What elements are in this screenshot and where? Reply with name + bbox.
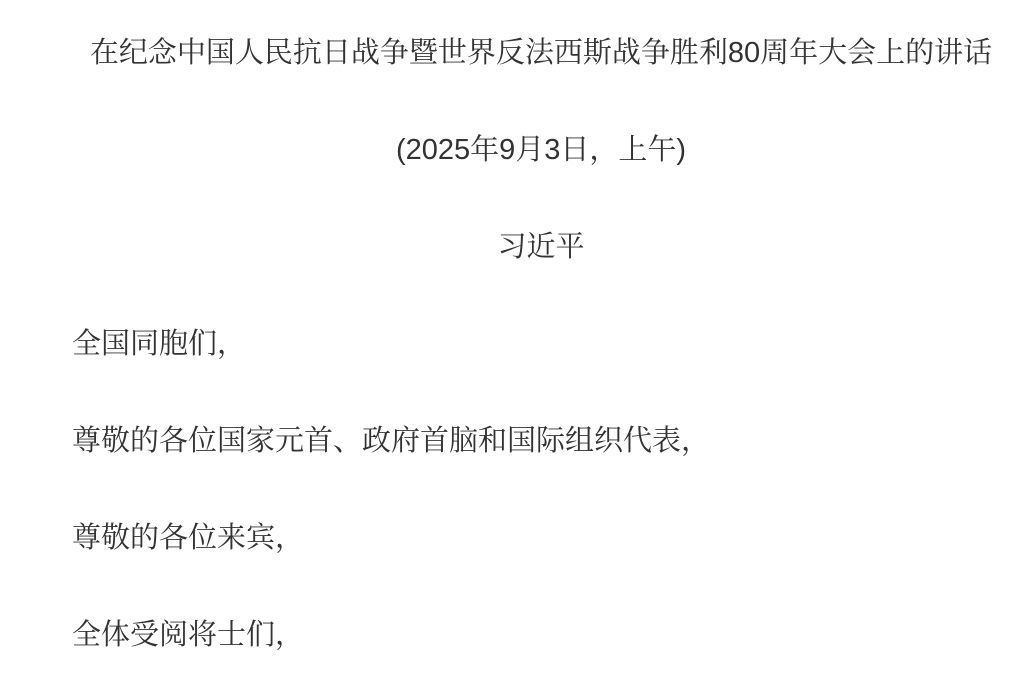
document-title: 在纪念中国人民抗日战争暨世界反法西斯战争胜利80周年大会上的讲话 <box>72 38 1010 68</box>
paragraph-salutation-compatriots: 全国同胞们， <box>72 329 1010 359</box>
author-name: 习近平 <box>72 232 1010 262</box>
paragraph-salutation-heads-of-state: 尊敬的各位国家元首、政府首脑和国际组织代表， <box>72 426 1010 456</box>
paragraph-salutation-guests: 尊敬的各位来宾， <box>72 523 1010 553</box>
paragraph-salutation-troops: 全体受阅将士们， <box>72 620 1010 650</box>
document-dateline: (2025年9月3日，上午) <box>72 135 1010 165</box>
document-page: 在纪念中国人民抗日战争暨世界反法西斯战争胜利80周年大会上的讲话 (2025年9… <box>0 0 1024 687</box>
